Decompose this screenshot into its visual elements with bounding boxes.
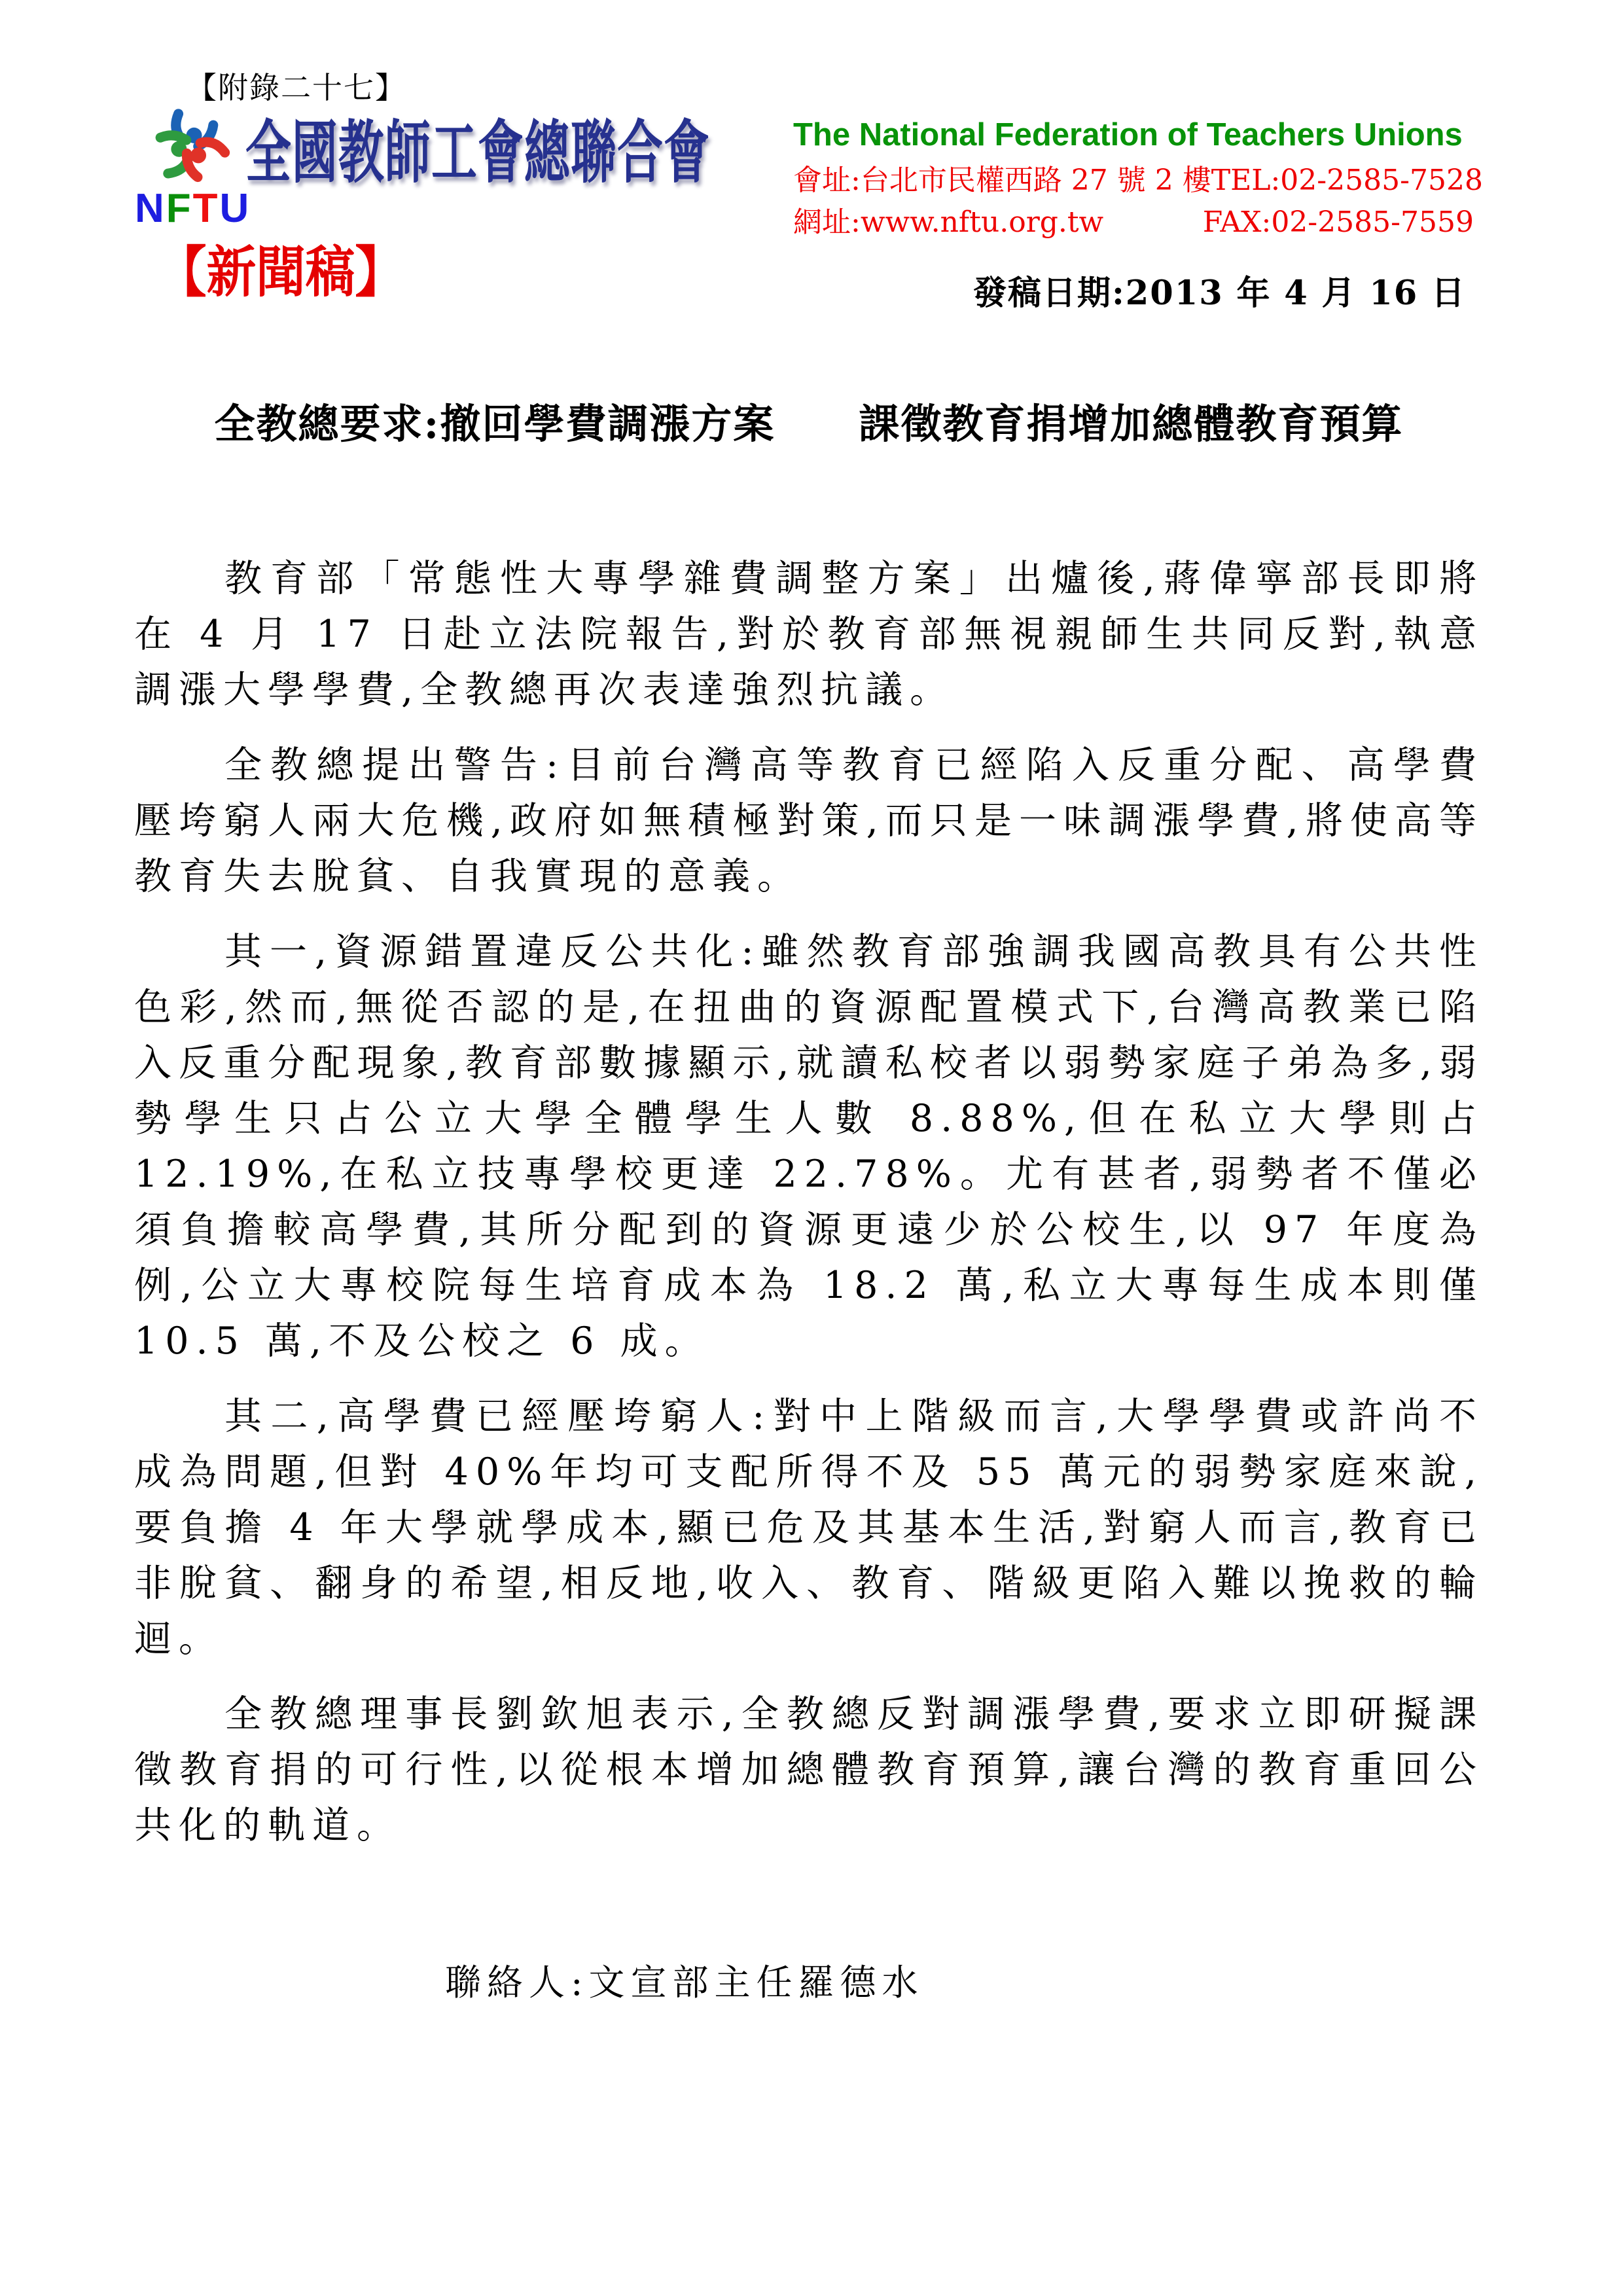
address-text: 會址:台北市民權西路 27 號 2 樓 [793, 160, 1211, 202]
letterhead-contact-block: The National Federation of Teachers Unio… [793, 118, 1474, 243]
fax-text: FAX:02-2585-7559 [1203, 202, 1474, 243]
nftu-logo-icon [137, 103, 243, 192]
org-name-english: The National Federation of Teachers Unio… [793, 118, 1474, 153]
document-title: 全教總要求:撤回學費調漲方案 課徵教育捐增加總體教育預算 [134, 391, 1484, 450]
paragraph-3: 其一,資源錯置違反公共化:雖然教育部強調我國高教具有公共性色彩,然而,無從否認的… [134, 924, 1484, 1369]
nftu-letter-n: N [135, 186, 166, 231]
contact-person-line: 聯絡人:文宣部主任羅德水 [445, 1954, 924, 2005]
appendix-label: 【附錄二十七】 [187, 64, 406, 107]
paragraph-2: 全教總提出警告:目前台灣高等教育已經陷入反重分配、高學費壓垮窮人兩大危機,政府如… [134, 738, 1484, 905]
nftu-acronym: NFTU [135, 188, 251, 229]
address-tel-row: 會址:台北市民權西路 27 號 2 樓 TEL:02-2585-7528 [793, 160, 1474, 202]
release-date: 發稿日期:2013 年 4 月 16 日 [973, 266, 1466, 314]
nftu-letter-f: F [166, 186, 193, 231]
paragraph-4: 其二,高學費已經壓垮窮人:對中上階級而言,大學學費或許尚不成為問題,但對 40%… [134, 1389, 1484, 1667]
tel-text: TEL:02-2585-7528 [1211, 160, 1483, 202]
press-release-tag: 【新聞稿】 [157, 242, 404, 302]
nftu-letter-t: T [193, 186, 220, 231]
paragraph-5: 全教總理事長劉欽旭表示,全教總反對調漲學費,要求立即研擬課徵教育捐的可行性,以從… [134, 1687, 1484, 1854]
web-fax-row: 網址:www.nftu.org.tw FAX:02-2585-7559 [793, 202, 1474, 243]
press-release-page: 【附錄二十七】 [0, 0, 1623, 2296]
nftu-letter-u: U [220, 186, 251, 231]
website-text: 網址:www.nftu.org.tw [793, 202, 1103, 243]
document-body: 教育部「常態性大專學雜費調整方案」出爐後,蔣偉寧部長即將在 4 月 17 日赴立… [134, 551, 1484, 1873]
org-name-chinese: 全國教師工會總聯合會 [245, 115, 710, 190]
paragraph-1: 教育部「常態性大專學雜費調整方案」出爐後,蔣偉寧部長即將在 4 月 17 日赴立… [134, 551, 1484, 718]
